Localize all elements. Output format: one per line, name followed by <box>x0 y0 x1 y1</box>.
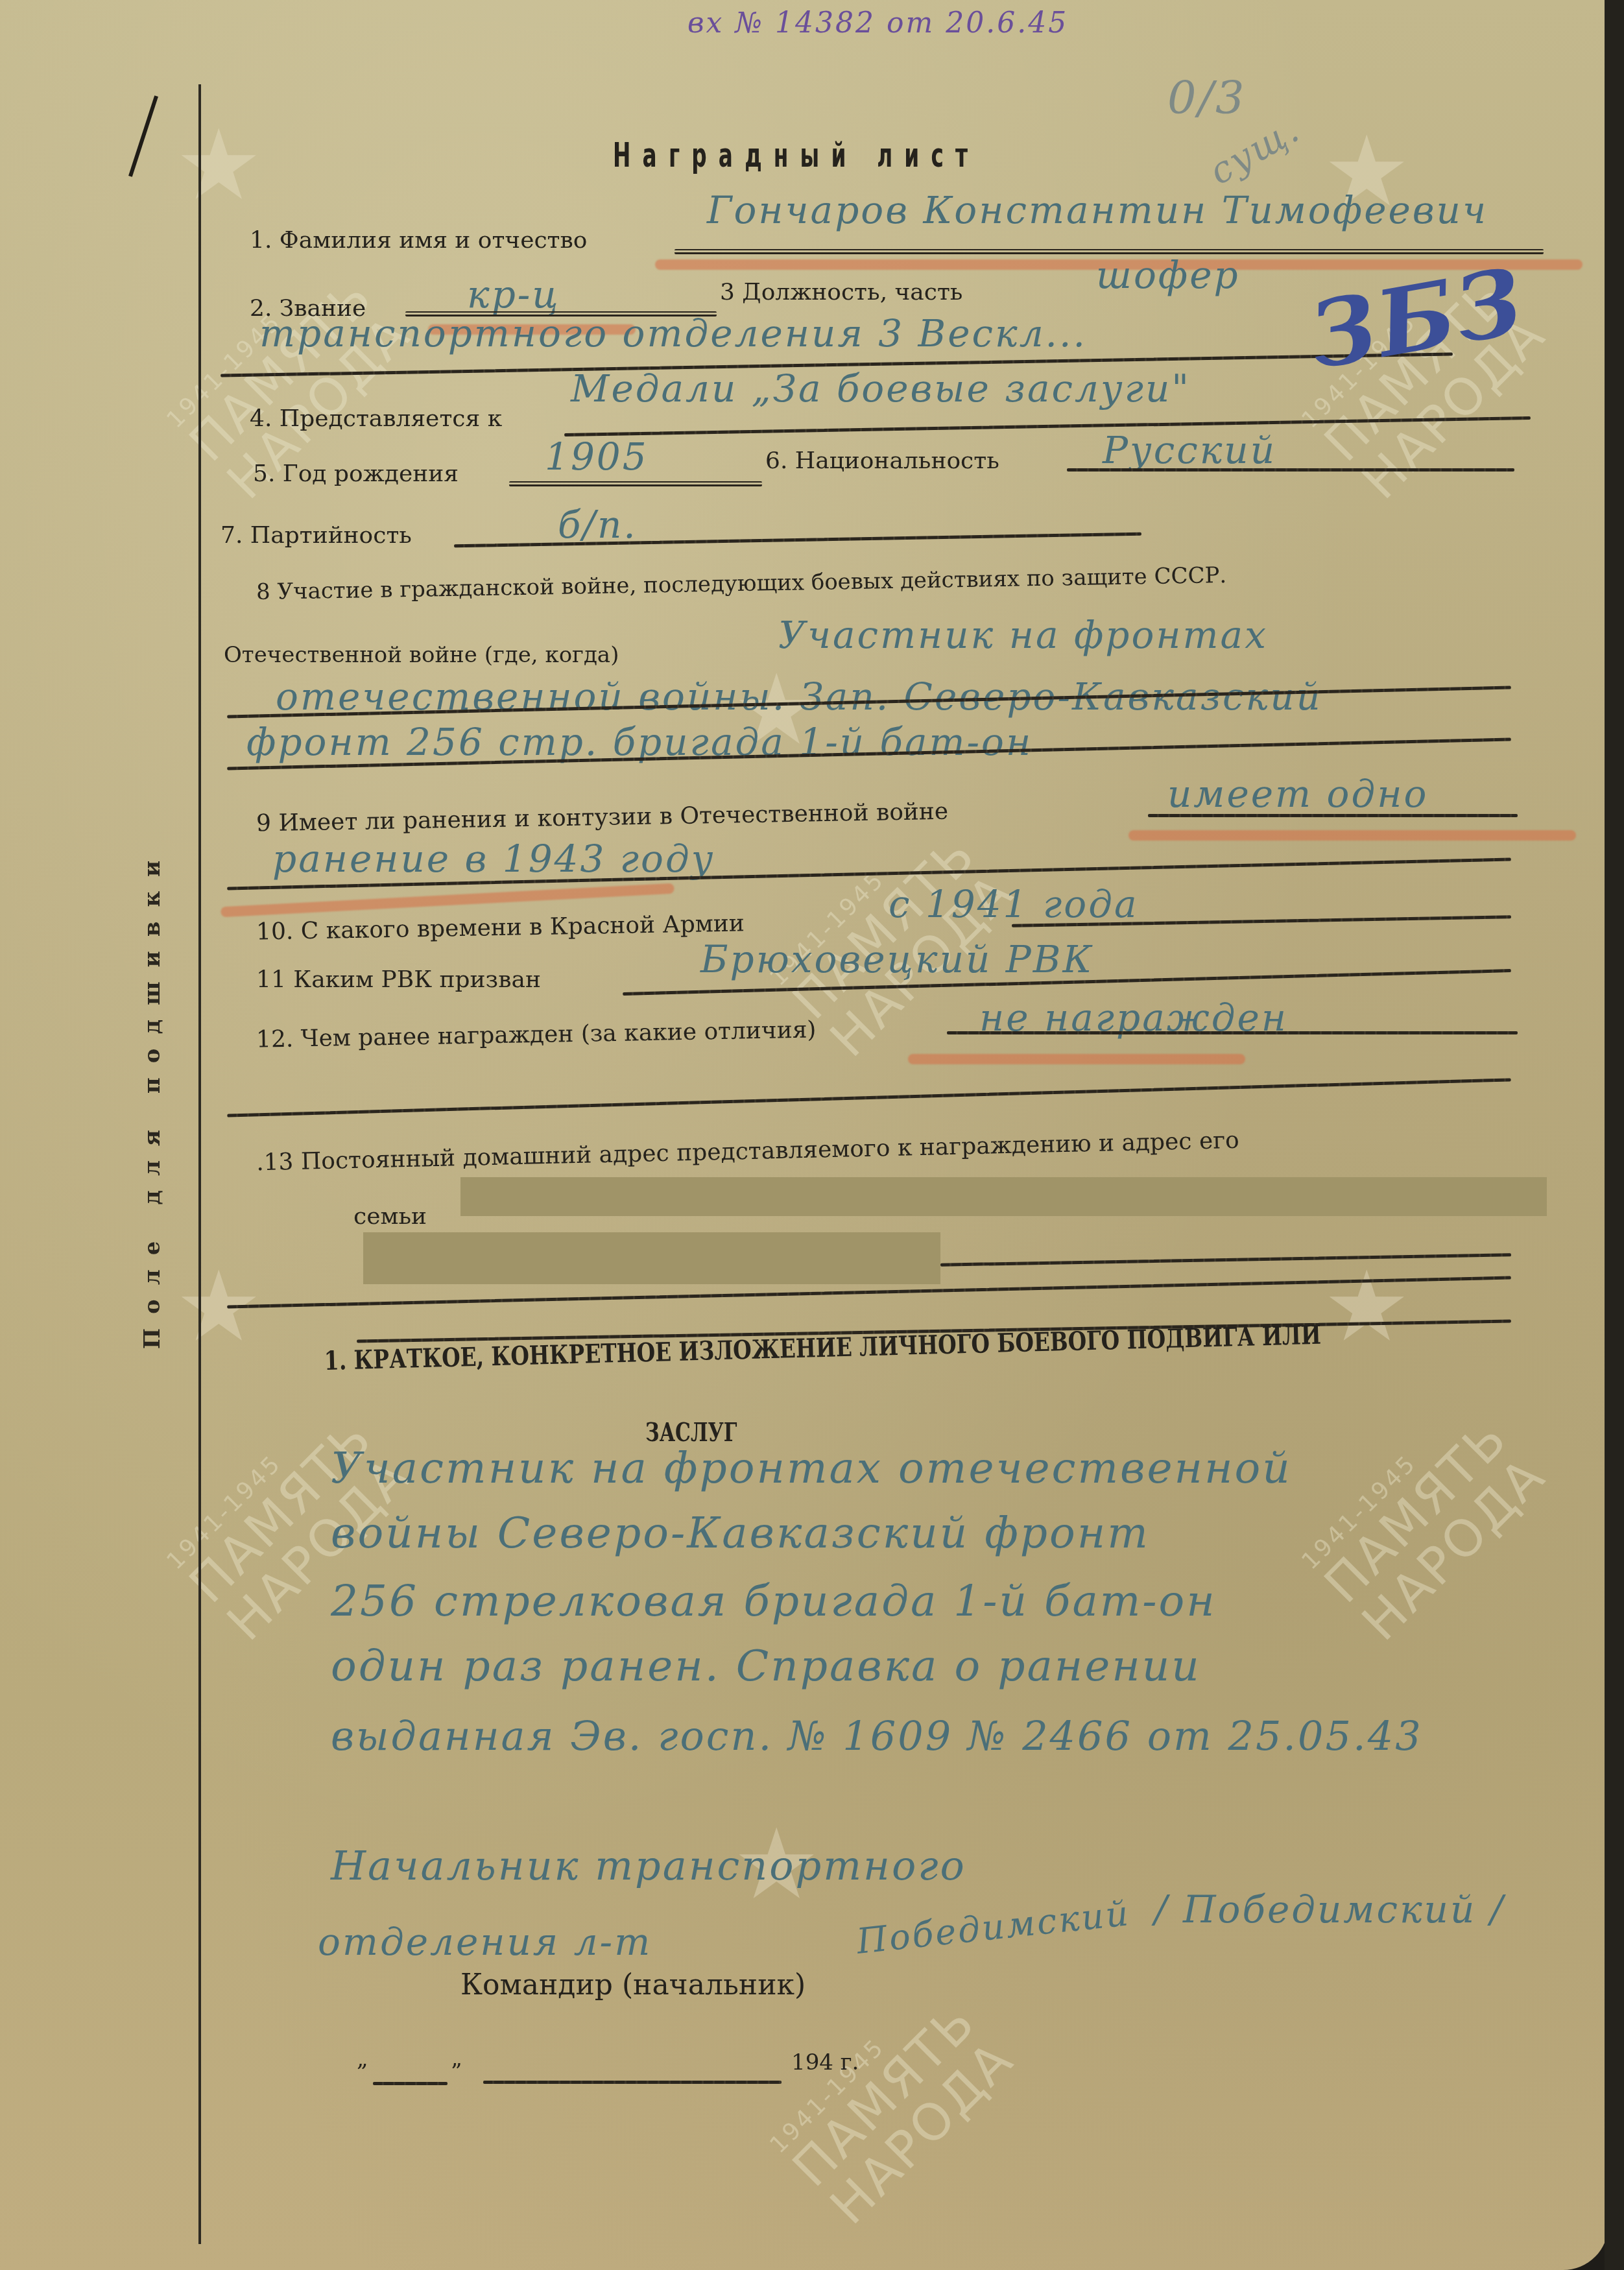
field-7-label: 7. Партийность <box>221 522 412 549</box>
feat-line-3: 256 стрелковая бригада 1-й бат-он <box>331 1576 1217 1626</box>
red-underline <box>1128 830 1576 841</box>
field-1-value: Гончаров Константин Тимофеевич <box>707 188 1488 232</box>
feat-line-5: выданная Эв. госп. № 1609 № 2466 от 25.0… <box>331 1712 1423 1760</box>
archive-reference: вх № 14382 от 20.6.45 <box>687 6 1068 40</box>
field-4-label: 4. Представляется к <box>250 405 502 432</box>
field-9-value-line2: ранение в 1943 году <box>272 837 715 881</box>
date-month-rule <box>483 2081 782 2084</box>
address-redaction <box>460 1177 1547 1216</box>
feat-line-4: один раз ранен. Справка о ранении <box>331 1641 1201 1691</box>
field-4-value: Медали „За боевые заслуги" <box>571 366 1191 411</box>
signer-position-line2: отделения л-т <box>318 1920 652 1964</box>
corner-mark: 0/3 <box>1167 71 1247 125</box>
field-3-label: 3 Должность, часть <box>720 279 962 305</box>
field-9-value: имеет одно <box>1167 772 1428 816</box>
binding-field-label: Поле для подшивки <box>139 846 165 1349</box>
binding-margin-line <box>198 84 201 2244</box>
field-5-label: 5. Год рождения <box>253 460 459 487</box>
date-quote-close: ” <box>451 2059 462 2085</box>
date-day-rule <box>373 2082 448 2085</box>
feat-line-2: войны Северо-Кавказский фронт <box>331 1508 1150 1558</box>
field-6-label: 6. Национальность <box>765 448 999 474</box>
field-8-value: Участник на фронтах <box>778 613 1268 657</box>
red-underline <box>908 1054 1245 1064</box>
field-1-label: 1. Фамилия имя и отчество <box>250 227 587 254</box>
field-10-value: с 1941 года <box>889 882 1139 926</box>
star-icon: ★ <box>175 117 272 214</box>
field-7-value: б/п. <box>558 503 638 547</box>
date-line: „ <box>357 2046 368 2072</box>
field-8-label-line2: Отечественной войне (где, когда) <box>224 642 619 668</box>
field-12-rule <box>947 1031 1518 1034</box>
field-5-value: 1905 <box>545 435 649 479</box>
field-11-value: Брюховецкий РВК <box>700 937 1093 981</box>
date-year: 194 г. <box>791 2049 859 2075</box>
star-icon: ★ <box>1323 1258 1420 1356</box>
field-3-value: шофер <box>1096 253 1240 297</box>
field-5-rule <box>509 481 762 486</box>
feat-line-1: Участник на фронтах отечественной <box>331 1443 1292 1493</box>
signer-position-line1: Начальник транспортного <box>331 1842 966 1889</box>
scan-border <box>1605 0 1624 2270</box>
field-3-value-line2: транспортного отделения 3 Вескл... <box>259 311 1087 355</box>
field-6-rule <box>1067 468 1514 472</box>
page-title: Наградный лист <box>613 136 979 175</box>
field-13-label-line2: семьи <box>353 1203 427 1230</box>
field-11-label: 11 Каким РВК призван <box>256 966 541 993</box>
address-redaction <box>363 1232 940 1284</box>
commander-label: Командир (начальник) <box>460 1968 806 2001</box>
signer-name: / Победимский / <box>1154 1887 1505 1931</box>
field-6-value: Русский <box>1103 428 1276 472</box>
field-9-rule <box>1148 814 1518 817</box>
field-2-value: кр-ц <box>467 272 560 317</box>
